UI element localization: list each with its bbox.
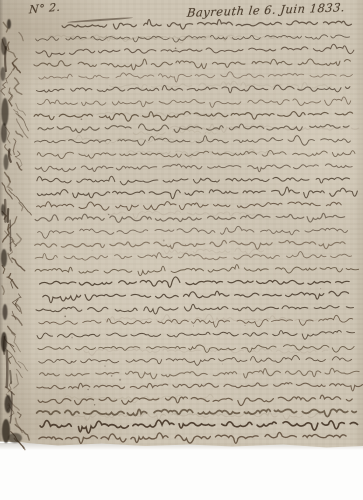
text-lines <box>33 18 363 445</box>
ink-blot <box>1 123 7 143</box>
ink-blot <box>1 204 5 216</box>
showthrough-lines <box>49 35 359 420</box>
letter-scan: N° 2. Bayreuth le 6. Juin 1833. <box>0 0 363 500</box>
margin-crosswriting <box>1 22 32 449</box>
ink-blot <box>3 304 8 320</box>
ink-blot <box>1 332 7 352</box>
ink-blot <box>1 67 6 81</box>
ink-blot <box>1 37 7 55</box>
ink-blot <box>1 249 7 267</box>
handwriting-body <box>0 0 363 500</box>
ink-blot <box>8 433 22 443</box>
ink-blot <box>7 19 11 29</box>
ink-blot <box>5 395 12 413</box>
ink-blot <box>4 154 9 170</box>
ink-blot <box>2 98 9 126</box>
